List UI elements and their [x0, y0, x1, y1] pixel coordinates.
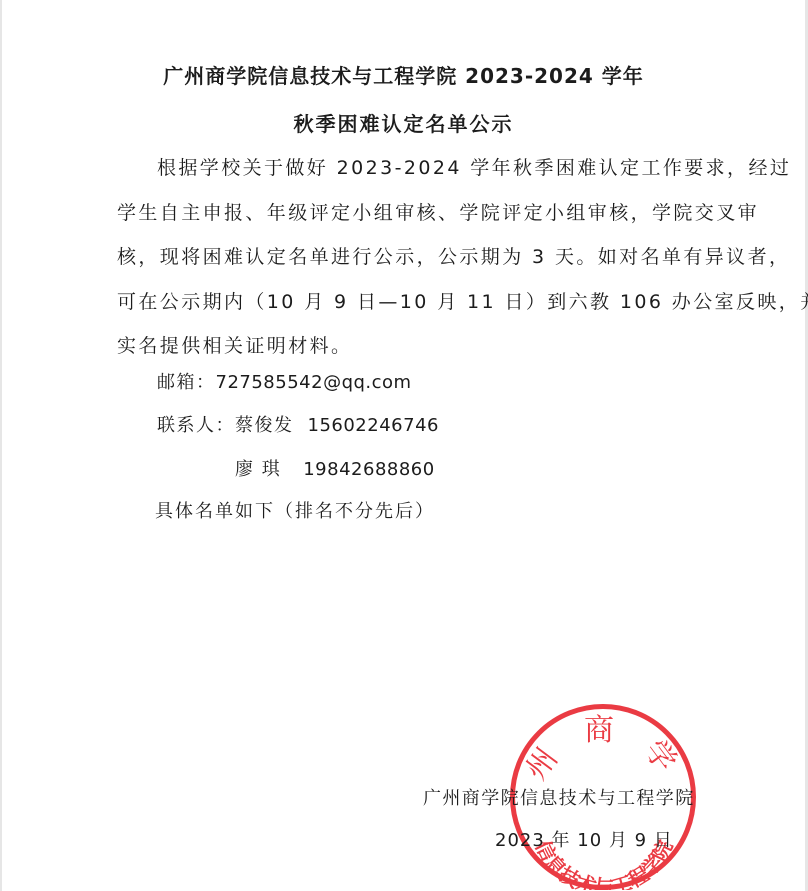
svg-text:州 商 学: 州 商 学 [519, 713, 689, 787]
contact-label: 联系人： [157, 415, 235, 436]
email-value: 727585542@qq.com [216, 372, 412, 393]
signature-date: 2023 年 10 月 9 日 [495, 826, 673, 852]
paragraph-line: 根据学校关于做好 2023-2024 学年秋季困难认定工作要求，经过 [117, 146, 697, 191]
paragraph-line: 学生自主申报、年级评定小组审核、学院评定小组审核，学院交叉审 [117, 191, 697, 236]
signature-organization: 广州商学院信息技术与工程学院 [423, 784, 695, 810]
paragraph-line: 实名提供相关证明材料。 [117, 324, 697, 369]
paragraph-line: 核，现将困难认定名单进行公示，公示期为 3 天。如对名单有异议者， [117, 235, 697, 280]
notice-paragraph: 根据学校关于做好 2023-2024 学年秋季困难认定工作要求，经过 学生自主申… [117, 146, 697, 369]
contact-info-2: 廖 琪19842688860 [235, 455, 435, 481]
list-note: 具体名单如下（排名不分先后） [155, 497, 435, 523]
paragraph-line: 可在公示期内（10 月 9 日—10 月 11 日）到六教 106 办公室反映，… [117, 280, 697, 325]
contact-phone: 15602246746 [308, 415, 439, 436]
contact-name: 廖 琪 [235, 459, 281, 480]
document-page: 广州商学院信息技术与工程学院 2023-2024 学年 秋季困难认定名单公示 根… [2, 0, 805, 891]
document-title-line2: 秋季困难认定名单公示 [2, 108, 805, 137]
contact-name: 蔡俊发 [235, 415, 294, 436]
email-label: 邮箱： [157, 372, 216, 393]
contact-phone: 19842688860 [303, 459, 434, 480]
email-info: 邮箱：727585542@qq.com [157, 368, 412, 394]
contact-info-1: 联系人：蔡俊发15602246746 [157, 411, 439, 437]
document-title-line1: 广州商学院信息技术与工程学院 2023-2024 学年 [2, 60, 805, 89]
